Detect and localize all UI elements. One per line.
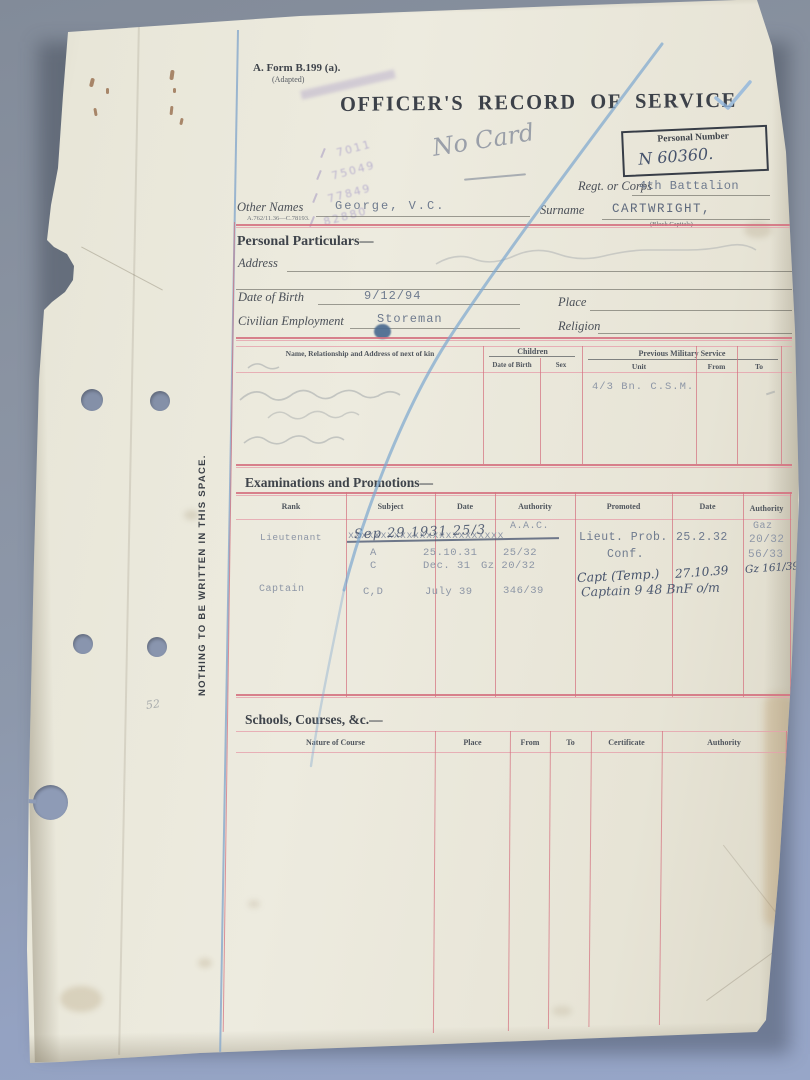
civilian-employment-label: Civilian Employment — [238, 314, 344, 329]
stamp-number: 7011 — [335, 138, 373, 160]
stamp-number: 75049 — [330, 158, 377, 182]
regt-or-corps-value: 4th Battalion — [639, 179, 739, 193]
kin-pencil-scrawl — [240, 390, 400, 400]
children-dob-header: Date of Birth — [484, 361, 540, 369]
other-names-rule — [316, 216, 530, 217]
address-pencil-scrawl — [436, 245, 756, 264]
pms-underline — [588, 359, 778, 360]
examinations-heading: Examinations and Promotions— — [245, 475, 433, 491]
unit-header: Unit — [582, 362, 696, 371]
schools-header-certificate: Certificate — [591, 738, 662, 747]
no-card-note: No Card — [430, 118, 536, 162]
exam-divider — [575, 492, 576, 697]
exam-bottom-rule — [236, 694, 792, 696]
stamp-tick — [316, 170, 322, 180]
personal-particulars-heading: Personal Particulars— — [237, 234, 373, 250]
kin-header-bottom-rule — [236, 372, 792, 373]
form-adapted-note: (Adapted) — [272, 75, 304, 84]
surname-label: Surname — [540, 203, 584, 218]
keyhole-slit — [18, 798, 36, 803]
exam-header-authority: Authority — [495, 502, 575, 511]
exam-divider — [346, 492, 347, 697]
section-rule — [236, 337, 792, 339]
stain — [60, 986, 102, 1012]
children-sex-header: Sex — [540, 361, 582, 369]
kin-pencil-scrawl — [244, 436, 344, 444]
religion-label: Religion — [558, 319, 600, 334]
previous-unit-value: 4/3 Bn. C.S.M. — [592, 381, 694, 393]
section-rule-2 — [236, 340, 792, 341]
exam-rank-lieutenant: Lieutenant — [260, 532, 322, 543]
exam-auth-25-32: 25/32 — [503, 547, 537, 559]
exam-header-authority2: Authority — [743, 504, 790, 513]
rust-mark — [173, 88, 176, 93]
exam-auth-56-33: 56/33 — [748, 549, 784, 561]
religion-rule — [598, 333, 792, 334]
exam-divider — [495, 492, 496, 697]
exam-header-promoted: Promoted — [575, 502, 672, 511]
rust-mark — [89, 78, 95, 88]
page-title: OFFICER'S RECORD OF SERVICE — [340, 88, 737, 117]
date-of-birth-label: Date of Birth — [238, 290, 304, 305]
exam-header-bottom-rule — [236, 519, 792, 520]
margin-pencil-note: 52 — [145, 697, 161, 712]
stain — [552, 1006, 572, 1016]
stamp-tick — [320, 148, 326, 158]
keyhole-tear — [33, 785, 68, 820]
form-number: A. Form B.199 (a). — [253, 62, 340, 74]
schools-header-bottom-rule — [236, 752, 792, 753]
exam-auth-gaz: Gaz — [753, 521, 773, 532]
kin-bottom-rule-2 — [236, 467, 792, 468]
hand-auth-gz-161-39: Gz 161/39 — [745, 560, 800, 576]
corner-crease-1 — [706, 924, 810, 1001]
schools-header-authority: Authority — [662, 738, 786, 747]
exam-date-july-39: July 39 — [425, 586, 473, 598]
exam-auth-20-32: 20/32 — [749, 534, 785, 546]
exam-date-25-2-32: 25.2.32 — [676, 531, 728, 544]
surname-rule — [602, 219, 770, 220]
rust-mark — [332, 10, 337, 14]
address-rule-2 — [236, 289, 792, 290]
other-names-label: Other Names — [237, 200, 303, 215]
kin-divider — [737, 346, 738, 464]
kin-divider — [540, 358, 541, 464]
rust-mark — [170, 106, 174, 115]
kin-bottom-rule — [236, 464, 792, 466]
exam-subject-c: C — [370, 560, 377, 572]
kin-divider — [696, 346, 697, 464]
dob-rule — [318, 304, 520, 305]
from-header: From — [696, 362, 737, 371]
red-margin-rule — [223, 222, 235, 1032]
personal-number-box: Personal Number N 60360. — [621, 125, 769, 177]
exam-header-rank: Rank — [236, 502, 346, 511]
record-of-service-sheet: NOTHING TO BE WRITTEN IN THIS SPACE. 52 … — [0, 0, 810, 1080]
exam-promoted-lieut-prob: Lieut. Prob. — [579, 531, 668, 544]
hand-date-27-10-39: 27.10.39 — [675, 563, 729, 581]
schools-header-from: From — [510, 738, 550, 747]
exam-auth-gz-20-32: Gz 20/32 — [481, 560, 535, 572]
section-rule — [236, 224, 792, 226]
rust-mark — [93, 108, 97, 116]
rust-mark — [179, 118, 183, 125]
schools-divider — [588, 731, 592, 1027]
address-label: Address — [238, 256, 278, 271]
personal-number-value: N 60360. — [638, 144, 714, 169]
exam-subject-cd: C,D — [363, 586, 383, 598]
exam-promoted-conf: Conf. — [607, 548, 644, 561]
section-rule-2 — [236, 227, 792, 228]
stain — [198, 958, 212, 968]
children-underline — [489, 356, 575, 357]
exam-top-rule — [236, 492, 792, 494]
exam-rank-captain: Captain — [259, 584, 305, 595]
stain — [248, 900, 260, 908]
kin-divider — [781, 346, 782, 464]
schools-top-rule — [236, 731, 792, 732]
civilian-employment-value: Storeman — [377, 312, 443, 326]
stamp-tick — [312, 193, 318, 203]
margin-note-vertical: NOTHING TO BE WRITTEN IN THIS SPACE. — [197, 424, 214, 696]
schools-divider — [548, 731, 551, 1029]
punch-hole — [81, 389, 103, 411]
other-names-value: George, V.C. — [335, 199, 445, 213]
exam-top-rule-2 — [236, 495, 792, 496]
schools-divider — [433, 731, 436, 1033]
schools-header-nature: Nature of Course — [236, 738, 435, 747]
exam-subject-a: A — [370, 547, 377, 559]
scanned-document-photo: NOTHING TO BE WRITTEN IN THIS SPACE. 52 … — [0, 0, 810, 1080]
exam-header-date2: Date — [672, 502, 743, 511]
regt-rule — [632, 195, 770, 196]
exam-bottom-rule-2 — [236, 697, 792, 698]
rust-mark — [169, 70, 174, 80]
exam-date-dec-31: Dec. 31 — [423, 560, 471, 572]
kin-pencil-scrawl — [248, 364, 279, 369]
kin-pencil-scrawl — [268, 411, 359, 418]
punch-hole — [150, 391, 170, 411]
print-code: A.762/11.36—C.78193. — [247, 215, 310, 222]
exam-divider — [743, 492, 744, 697]
exam-header-date: Date — [435, 502, 495, 511]
place-rule — [590, 310, 792, 311]
tear-crease — [81, 246, 163, 290]
schools-header-to: To — [550, 738, 591, 747]
rust-mark — [106, 88, 109, 94]
kin-divider — [582, 346, 583, 464]
punch-hole — [147, 637, 167, 657]
schools-divider — [508, 731, 511, 1031]
punch-hole — [73, 634, 93, 654]
kin-divider — [483, 346, 484, 464]
vertical-fold-crease — [118, 20, 139, 1055]
surname-value: CARTWRIGHT, — [612, 202, 711, 216]
schools-heading: Schools, Courses, &c.— — [245, 712, 383, 728]
schools-divider — [659, 731, 663, 1025]
schools-header-place: Place — [435, 738, 510, 747]
address-rule-1 — [287, 271, 792, 272]
kin-col-header: Name, Relationship and Address of next o… — [240, 349, 480, 358]
to-header: To — [737, 362, 781, 371]
exam-date-25-10-31: 25.10.31 — [423, 547, 477, 559]
children-col-header: Children — [483, 347, 582, 356]
pencil-tick — [766, 391, 775, 395]
personal-number-label: Personal Number — [657, 132, 729, 145]
exam-header-subject: Subject — [346, 502, 435, 511]
place-label: Place — [558, 295, 586, 310]
exam-divider — [790, 492, 791, 697]
no-card-underline — [464, 173, 526, 180]
exam-auth-346-39: 346/39 — [503, 585, 544, 597]
date-of-birth-value: 9/12/94 — [364, 289, 421, 303]
edge-shade-top — [60, 0, 772, 24]
pms-col-header: Previous Military Service — [582, 349, 782, 358]
